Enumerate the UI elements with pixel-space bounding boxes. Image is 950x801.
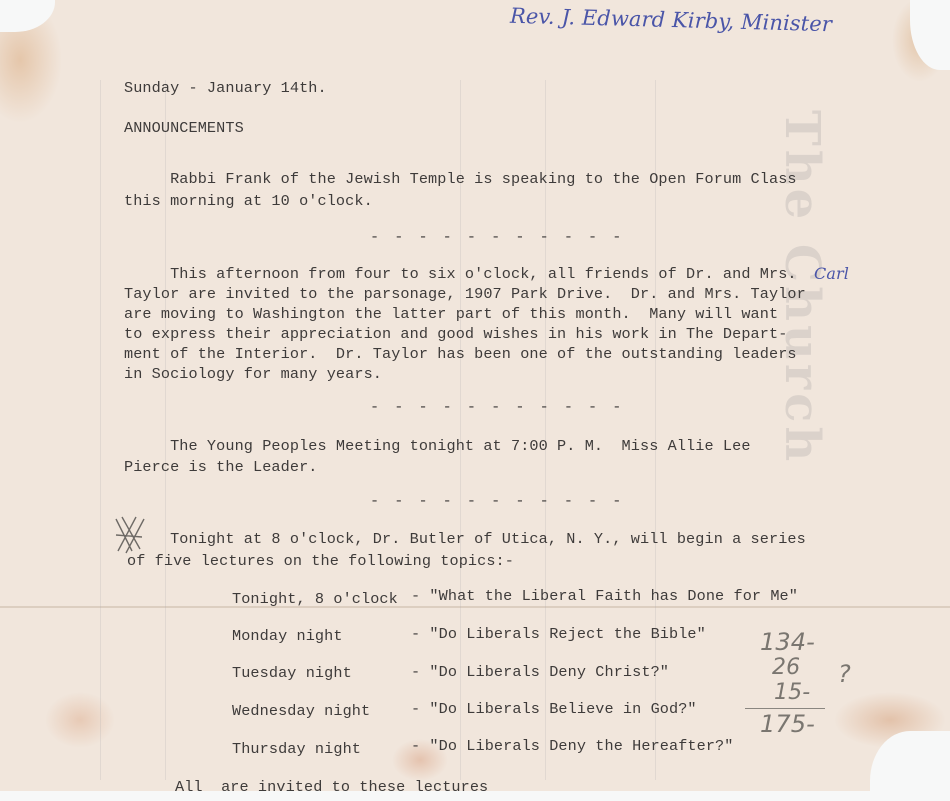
lecture-when: Wednesday night — [232, 702, 370, 720]
announcement-line: to express their appreciation and good w… — [124, 325, 787, 343]
tally-query-mark: ? — [838, 660, 851, 688]
tally-value: 26 — [772, 655, 800, 680]
handwritten-minister-name: Rev. J. Edward Kirby, Minister — [510, 4, 833, 36]
heading-announcements: ANNOUNCEMENTS — [124, 119, 244, 137]
tally-value: 175- — [760, 710, 815, 738]
lecture-topic: - "What the Liberal Faith has Done for M… — [411, 587, 798, 605]
lecture-when: Tuesday night — [232, 664, 352, 682]
announcement-line: this morning at 10 o'clock. — [124, 192, 373, 210]
announcement-line: This afternoon from four to six o'clock,… — [124, 265, 797, 283]
announcement-line: Rabbi Frank of the Jewish Temple is spea… — [124, 170, 797, 188]
separator-dashes: - - - - - - - - - - - — [370, 492, 624, 510]
lecture-topic: - "Do Liberals Believe in God?" — [411, 700, 697, 718]
announcement-line: ment of the Interior. Dr. Taylor has bee… — [124, 345, 797, 363]
announcement-line: are moving to Washington the latter part… — [124, 305, 778, 323]
closing-line: All are invited to these lectures — [175, 778, 488, 796]
tally-value: 134- — [760, 628, 815, 656]
lecture-when: Monday night — [232, 627, 343, 645]
announcement-line: in Sociology for many years. — [124, 365, 382, 383]
announcement-line: The Young Peoples Meeting tonight at 7:0… — [124, 437, 751, 455]
handwritten-insert-carl: Carl — [814, 264, 849, 283]
separator-dashes: - - - - - - - - - - - — [370, 398, 624, 416]
lecture-when: Tonight, 8 o'clock — [232, 590, 398, 608]
tally-sum-line — [745, 708, 825, 709]
announcement-line: Taylor are invited to the parsonage, 190… — [124, 285, 806, 303]
lecture-topic: - "Do Liberals Deny the Hereafter?" — [411, 737, 734, 755]
separator-dashes: - - - - - - - - - - - — [370, 228, 624, 246]
announcement-line: Pierce is the Leader. — [124, 458, 318, 476]
date-line: Sunday - January 14th. — [124, 79, 327, 97]
lecture-topic: - "Do Liberals Reject the Bible" — [411, 625, 706, 643]
announcement-line: of five lectures on the following topics… — [127, 552, 514, 570]
tally-value: 15- — [774, 680, 810, 705]
announcement-line: Tonight at 8 o'clock, Dr. Butler of Utic… — [124, 530, 806, 548]
announcement-sheet: Rev. J. Edward Kirby, Minister Sunday - … — [0, 0, 950, 801]
lecture-when: Thursday night — [232, 740, 361, 758]
lecture-topic: - "Do Liberals Deny Christ?" — [411, 663, 669, 681]
